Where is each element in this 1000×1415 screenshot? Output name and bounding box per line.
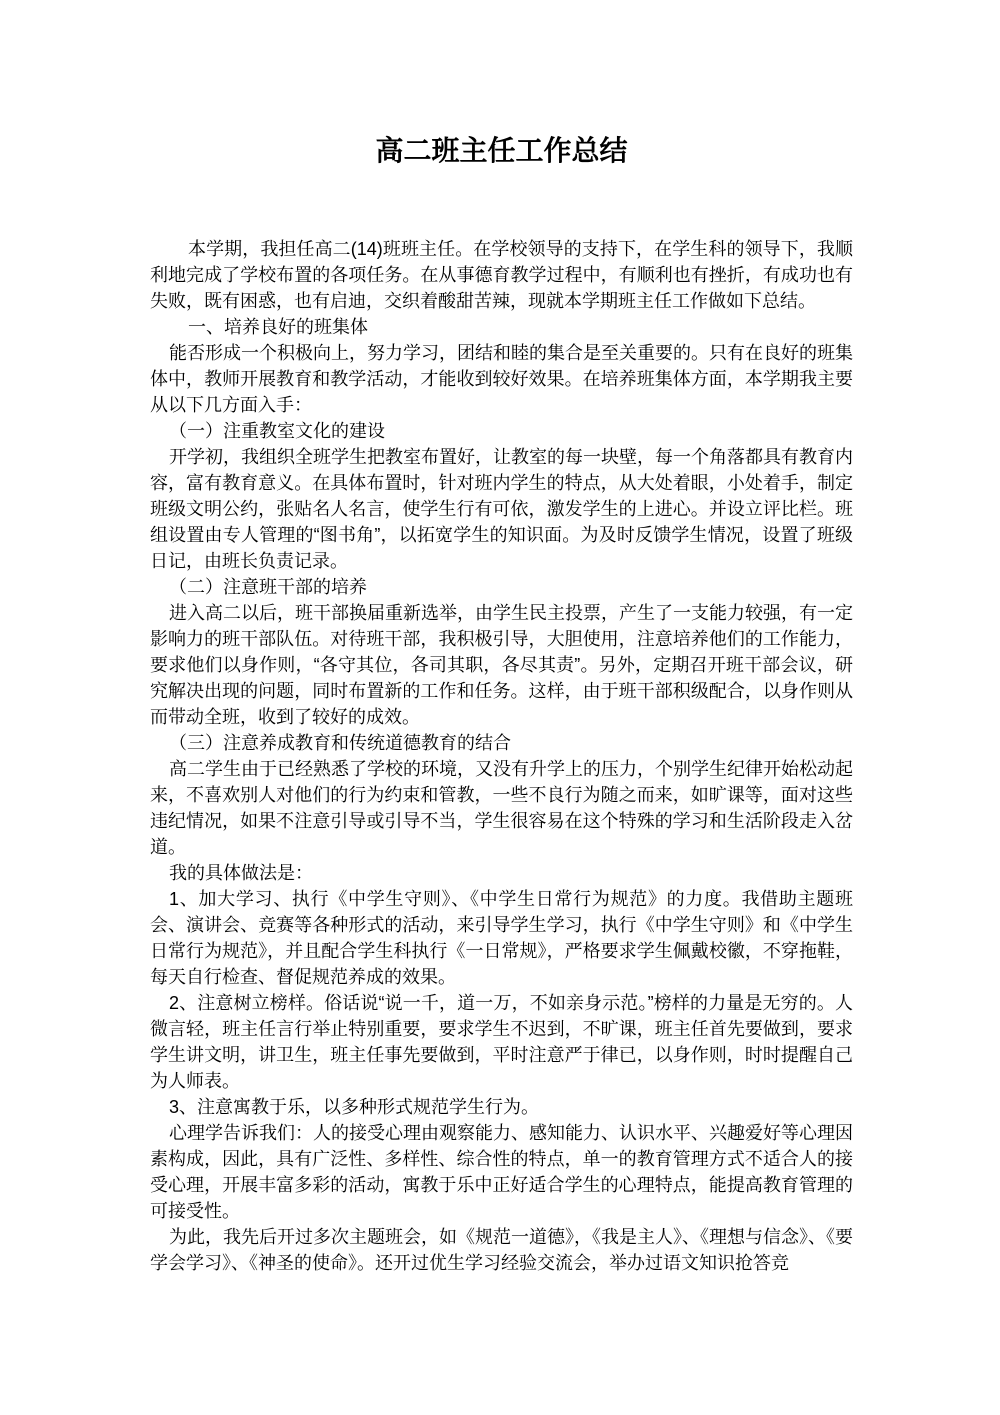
paragraph: 进入高二以后，班干部换届重新选举，由学生民主投票，产生了一支能力较强，有一定影响… [150,600,853,730]
paragraph: 一、培养良好的班集体 [150,314,853,340]
paragraph: 1、加大学习、执行《中学生守则》、《中学生日常行为规范》的力度。我借助主题班会、… [150,886,853,990]
paragraph: 2、注意树立榜样。俗话说“说一千，道一万，不如亲身示范。”榜样的力量是无穷的。人… [150,990,853,1094]
paragraph: 3、注意寓教于乐，以多种形式规范学生行为。 [150,1094,853,1120]
paragraph: （二）注意班干部的培养 [150,574,853,600]
paragraph: 心理学告诉我们：人的接受心理由观察能力、感知能力、认识水平、兴趣爱好等心理因素构… [150,1120,853,1224]
paragraph: （一）注重教室文化的建设 [150,418,853,444]
paragraph: 能否形成一个积极向上，努力学习，团结和睦的集合是至关重要的。只有在良好的班集体中… [150,340,853,418]
document-page: 高二班主任工作总结 本学期，我担任高二(14)班班主任。在学校领导的支持下，在学… [0,0,1000,1415]
paragraph: 高二学生由于已经熟悉了学校的环境，又没有升学上的压力，个别学生纪律开始松动起来，… [150,756,853,860]
paragraph: 我的具体做法是： [150,860,853,886]
paragraph: 开学初，我组织全班学生把教室布置好，让教室的每一块壁，每一个角落都具有教育内容，… [150,444,853,574]
paragraph: 本学期，我担任高二(14)班班主任。在学校领导的支持下，在学生科的领导下，我顺利… [150,236,853,314]
document-title: 高二班主任工作总结 [150,130,853,172]
paragraph: 为此，我先后开过多次主题班会，如《规范一道德》，《我是主人》、《理想与信念》、《… [150,1224,853,1276]
document-body: 本学期，我担任高二(14)班班主任。在学校领导的支持下，在学生科的领导下，我顺利… [150,236,853,1276]
paragraph: （三）注意养成教育和传统道德教育的结合 [150,730,853,756]
